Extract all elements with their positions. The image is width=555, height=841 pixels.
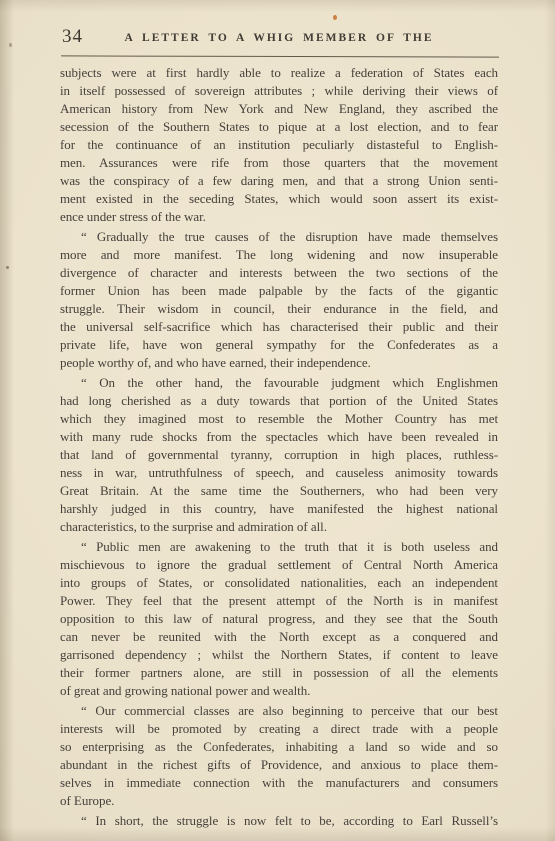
text-line: men. Assurances were rife from those qua… xyxy=(60,154,498,172)
text-line: secession of the Southern States to piqu… xyxy=(60,118,498,136)
text-line: former Union has been made palpable by t… xyxy=(60,282,498,300)
text-line: private life, have won general sympathy … xyxy=(60,336,498,354)
text-line: struggle. Their wisdom in council, their… xyxy=(60,300,498,318)
text-line: “ Gradually the true causes of the disru… xyxy=(60,228,498,246)
text-line: of Europe. xyxy=(60,792,498,810)
text-line: for the continuance of an institution pe… xyxy=(60,136,498,154)
header-rule xyxy=(61,55,499,57)
text-line: “ In short, the struggle is now felt to … xyxy=(60,812,498,830)
text-line: “ On the other hand, the favourable judg… xyxy=(60,374,498,392)
text-line: harshly judged in this country, have man… xyxy=(60,500,498,518)
text-line: “ Public men are awakening to the truth … xyxy=(60,538,498,556)
text-line: that land of governmental tyranny, corru… xyxy=(60,446,498,464)
ink-speck xyxy=(9,43,12,47)
text-line: “ Our commercial classes are also beginn… xyxy=(60,702,498,720)
page-body: subjects were at first hardly able to re… xyxy=(60,64,498,830)
text-line: subjects were at first hardly able to re… xyxy=(60,64,498,82)
text-line: ness in war, untruthfulness of speech, a… xyxy=(60,464,498,482)
text-line: ence under stress of the war. xyxy=(60,208,498,226)
text-line: into groups of States, or consolidated n… xyxy=(60,574,498,592)
text-line: divergence of character and interests be… xyxy=(60,264,498,282)
text-line: in itself possessed of sovereign attribu… xyxy=(60,82,498,100)
text-line: their former partners alone, are still i… xyxy=(60,664,498,682)
text-line: had long cherished as a duty towards tha… xyxy=(60,392,498,410)
text-line: American history from New York and New E… xyxy=(60,100,498,118)
text-line: Power. They feel that the present attemp… xyxy=(60,592,498,610)
paragraph: “ Our commercial classes are also beginn… xyxy=(60,702,498,810)
ink-speck xyxy=(6,266,9,269)
text-line: ment existed in the seceding States, whi… xyxy=(60,190,498,208)
paragraph: “ In short, the struggle is now felt to … xyxy=(60,812,498,830)
text-line: so enterprising as the Confederates, inh… xyxy=(60,738,498,756)
text-line: the universal self-sacrifice which has c… xyxy=(60,318,498,336)
paragraph: “ Gradually the true causes of the disru… xyxy=(60,228,498,372)
text-line: Great Britain. At the same time the Sout… xyxy=(60,482,498,500)
text-line: characteristics, to the surprise and adm… xyxy=(60,518,498,536)
text-line: interests will be promoted by creating a… xyxy=(60,720,498,738)
text-line: which they imagined most to resemble the… xyxy=(60,410,498,428)
text-line: mischievous to ignore the gradual settle… xyxy=(60,556,498,574)
text-line: was the conspiracy of a few daring men, … xyxy=(60,172,498,190)
paragraph: “ On the other hand, the favourable judg… xyxy=(60,374,498,536)
text-line: can never be reunited with the North exc… xyxy=(60,628,498,646)
book-page: 34 A LETTER TO A WHIG MEMBER OF THE subj… xyxy=(0,0,555,841)
text-line: opposition to this law of natural progre… xyxy=(60,610,498,628)
text-line: more and more manifest. The long widenin… xyxy=(60,246,498,264)
text-line: abundant in the richest gifts of Provide… xyxy=(60,756,498,774)
page-header: 34 A LETTER TO A WHIG MEMBER OF THE xyxy=(60,26,498,50)
paragraph: “ Public men are awakening to the truth … xyxy=(60,538,498,700)
text-line: of great and growing national power and … xyxy=(60,682,498,700)
text-line: with many rude shocks from the spectacle… xyxy=(60,428,498,446)
text-line: people worthy of, and who have earned, t… xyxy=(60,354,498,372)
ink-speck xyxy=(333,15,337,20)
running-title: A LETTER TO A WHIG MEMBER OF THE xyxy=(60,32,498,44)
text-line: selves in immediate connection with the … xyxy=(60,774,498,792)
paragraph: subjects were at first hardly able to re… xyxy=(60,64,498,226)
text-line: garrisoned dependency ; whilst the North… xyxy=(60,646,498,664)
